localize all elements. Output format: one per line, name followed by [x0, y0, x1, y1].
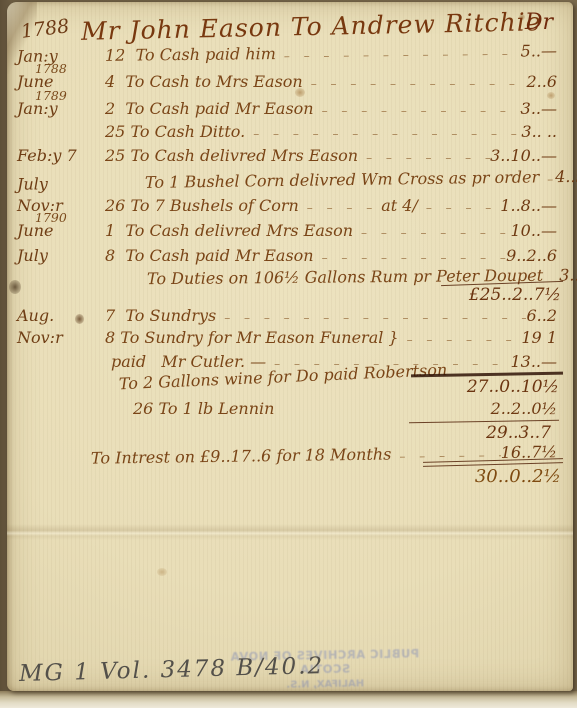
subtotal-third: 29..3..7 — [486, 423, 551, 443]
ledger-row: July To 1 Bushel Corn delivred Wm Cross … — [7, 167, 557, 199]
subtotal-first: £25..2..7½ — [469, 285, 561, 305]
ledger-row: 1789Jan:y 2 To Cash paid Mr Eason – – – … — [7, 99, 557, 123]
entry-text: 8 To Sundry for Mr Eason Funeral } — [105, 328, 399, 347]
ledger-row: Jan:y 12 To Cash paid him – – – – – – – … — [7, 41, 557, 71]
entry-text: 25 To Cash Ditto. — [105, 122, 245, 141]
entry-amount: 3.. .. — [521, 122, 557, 141]
entry-amount: 6..2 — [526, 306, 557, 325]
title-debit-abbrev: Dr — [525, 10, 553, 35]
entry-text: 7 To Sundrys — [105, 306, 216, 325]
dash-leader: – – – – – – – – – – – – – – – – – – – – … — [245, 127, 521, 141]
entry-text: 26 To 1 lb Lennin — [133, 399, 274, 418]
ledger-row: 26 To 1 lb Lennin 2..2..0½ — [7, 399, 557, 423]
ledger-row: 1790June 1 To Cash delivred Mrs Eason – … — [7, 221, 557, 245]
ledger-paper: 1788 Mr John Eason To Andrew Ritchie Dr … — [7, 2, 573, 691]
entry-amount: 3..— — [521, 99, 557, 118]
entry-date: Aug. — [7, 306, 105, 325]
dash-leader: – – – – – – – – – – – – – – – – – – – – … — [299, 201, 381, 215]
entry-amount: 3..10..— — [490, 146, 557, 165]
dash-leader: – – – – – – – – – – – – – – – – – – – – … — [418, 201, 500, 215]
entry-amount: 5..— — [521, 41, 558, 60]
entry-text: 4 To Cash to Mrs Eason — [105, 72, 303, 91]
dash-leader: – – – – – – – – – – – – – – – – – – – – … — [358, 151, 490, 165]
ledger-row: 25 To Cash Ditto. – – – – – – – – – – – … — [7, 122, 557, 146]
entry-text: 12 To Cash paid him — [105, 44, 276, 65]
entry-amount: 4..9 — [555, 167, 577, 186]
entry-amount: 2..6 — [526, 72, 557, 91]
entry-date: July — [7, 246, 105, 265]
entry-text: To Intrest on £9..17..6 for 18 Months — [91, 444, 392, 467]
dash-leader: – – – – – – – – – – – – – – – – – – – – … — [303, 77, 527, 91]
ledger-row: Aug. 7 To Sundrys – – – – – – – – – – – … — [7, 306, 557, 330]
entry-date — [7, 464, 91, 465]
grand-total: 30..0..2½ — [475, 466, 561, 487]
ledger-title: 1788 Mr John Eason To Andrew Ritchie Dr — [7, 8, 573, 44]
subtotal-second: 27..0..10½ — [467, 377, 559, 397]
entry-date: July — [7, 173, 145, 194]
scanned-ledger-document: 1788 Mr John Eason To Andrew Ritchie Dr … — [0, 0, 577, 708]
dash-leader: – – – – – – – – – – – – – – – – – – – – … — [314, 104, 521, 118]
entry-text: 26 To 7 Bushels of Corn — [105, 196, 299, 215]
entry-text: To 1 Bushel Corn delivred Wm Cross as pr… — [145, 167, 539, 192]
entry-text: 25 To Cash delivred Mrs Eason — [105, 146, 358, 165]
title-main: Mr John Eason To Andrew Ritchie — [81, 7, 542, 46]
entry-date: Nov:r — [7, 328, 105, 347]
entry-date — [7, 389, 119, 394]
title-year: 1788 — [20, 15, 71, 43]
entry-date: 1789Jan:y — [7, 99, 105, 118]
dash-leader: – – – – – – – – – – – – – – – – – – – – … — [539, 172, 555, 186]
entry-text: 2 To Cash paid Mr Eason — [105, 99, 314, 118]
entry-rate: at 4/ — [381, 196, 418, 215]
entry-date — [7, 284, 147, 285]
ledger-row: 1788June 4 To Cash to Mrs Eason – – – – … — [7, 72, 557, 96]
entry-year: 1790 — [35, 210, 67, 225]
entry-amount: 1..8..— — [500, 196, 557, 215]
entry-month: Feb:y 7 — [17, 146, 77, 165]
entry-month: July — [17, 246, 48, 265]
entry-amount: 9..2..6 — [506, 246, 557, 265]
entry-date: Feb:y 7 — [7, 146, 105, 165]
entry-amount: 10..— — [510, 221, 557, 240]
entry-year: 1788 — [35, 61, 67, 76]
entry-month: Aug. — [17, 306, 54, 325]
entry-text: 1 To Cash delivred Mrs Eason — [105, 221, 353, 240]
scan-bed-strip — [0, 691, 577, 708]
dash-leader: – – – – – – – – – – – – – – – – – – – – … — [276, 47, 521, 64]
entry-date: 1790June — [7, 221, 105, 240]
ledger-row: Nov:r 8 To Sundry for Mr Eason Funeral }… — [7, 328, 557, 352]
dash-leader: – – – – – – – – – – – – – – – – – – – – … — [399, 333, 522, 347]
fold-crease — [7, 524, 573, 540]
ledger-row: Feb:y 7 25 To Cash delivred Mrs Eason – … — [7, 146, 557, 170]
stain — [157, 568, 167, 576]
entry-text: 8 To Cash paid Mr Eason — [105, 246, 314, 265]
dash-leader: – – – – – – – – – – – – – – – – – – – – … — [314, 251, 507, 265]
dash-leader: – – – – – – – – – – – – – – – – – – – – … — [353, 226, 510, 240]
entry-month: Nov:r — [17, 328, 63, 347]
dash-leader: – – – – – – – – – – – – – – – – – – – – … — [216, 311, 526, 325]
ledger-row: Nov:r 26 To 7 Bushels of Corn – – – – – … — [7, 196, 557, 220]
entry-amount: 2..2..0½ — [491, 399, 557, 418]
entry-amount: 19 1 — [521, 328, 557, 347]
entry-month: July — [17, 174, 48, 193]
entry-year: 1789 — [35, 88, 67, 103]
